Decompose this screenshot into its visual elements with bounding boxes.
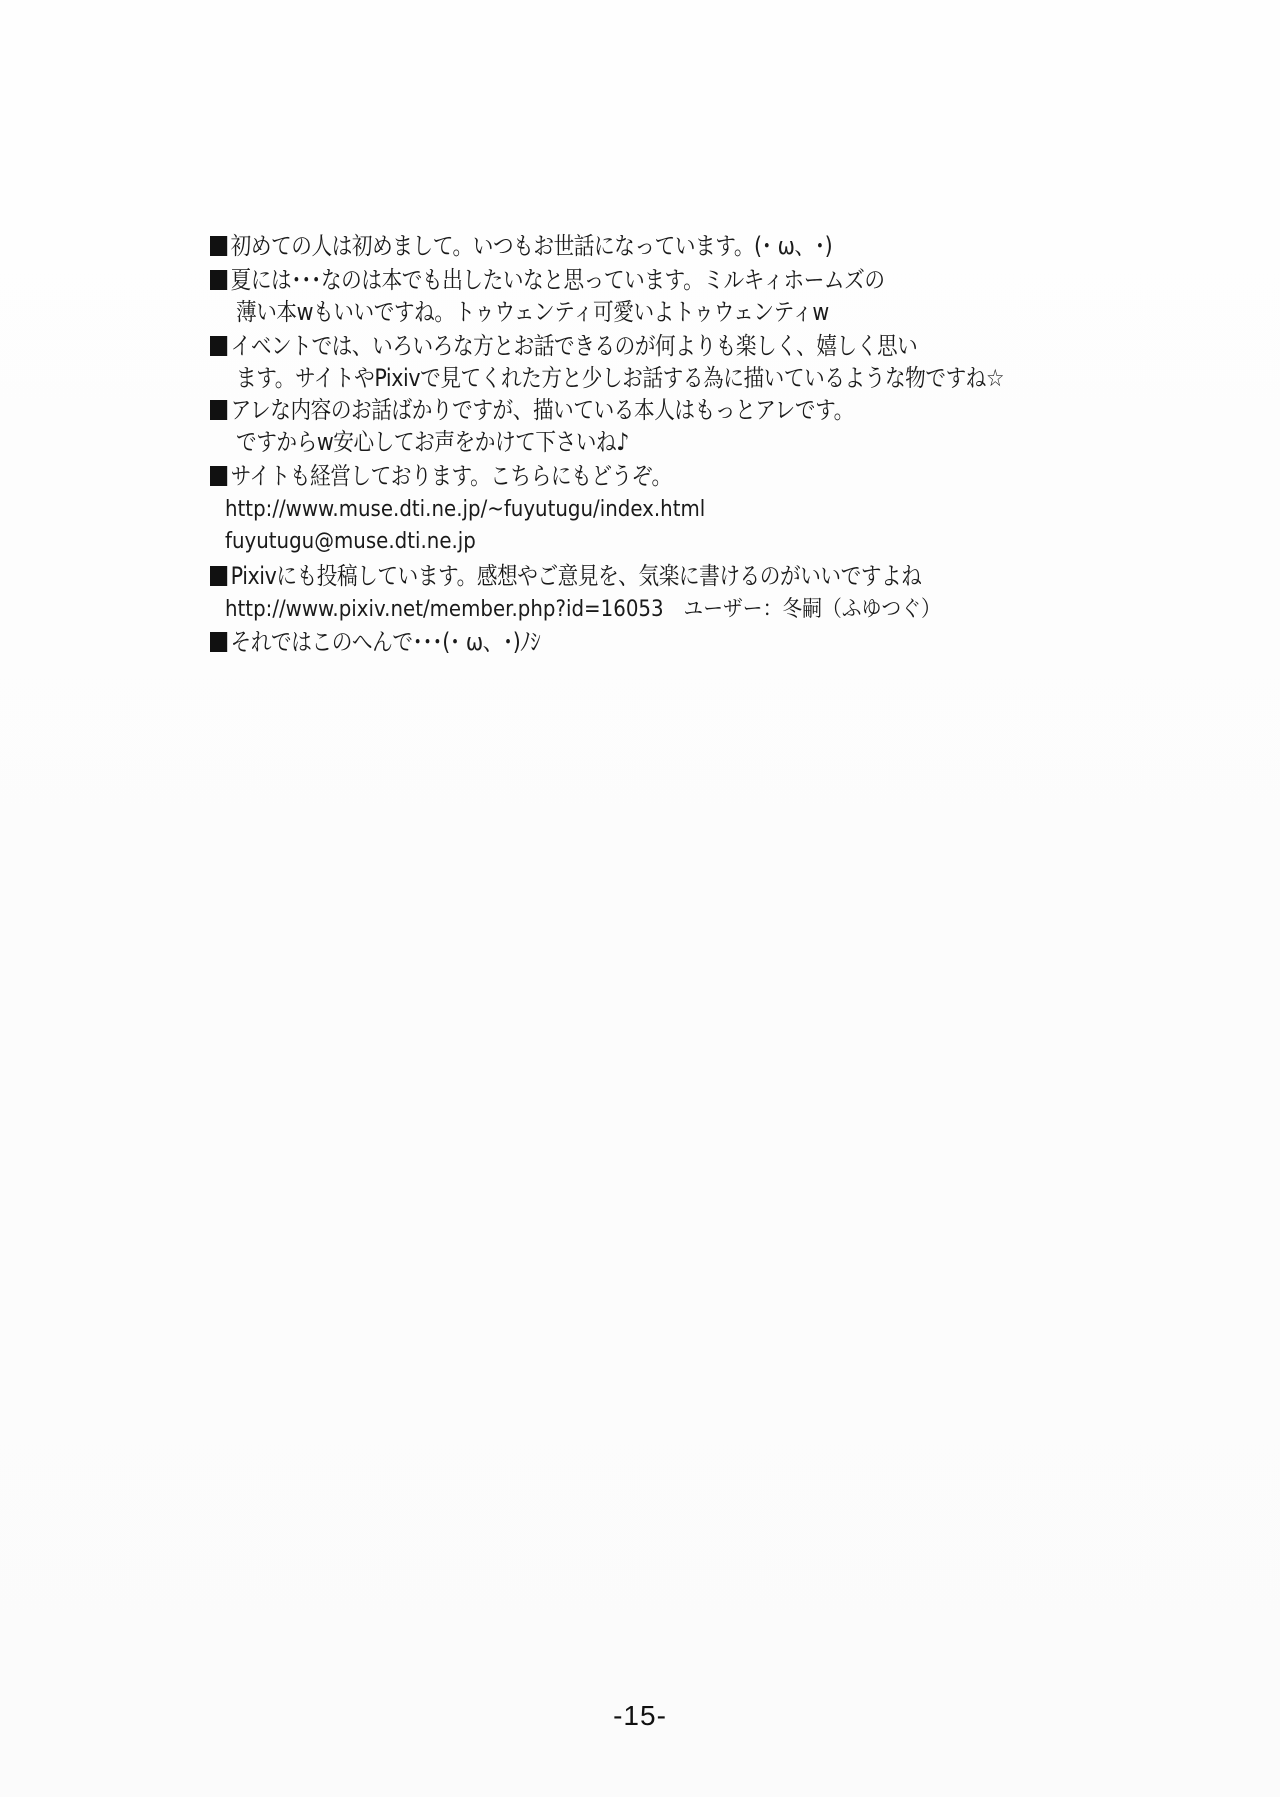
site-url: http://www.muse.dti.ne.jp/~fuyutugu/inde… xyxy=(225,494,705,526)
contact-email: fuyutugu@muse.dti.ne.jp xyxy=(225,526,476,558)
note-line-content: アレな内容のお話ばかりですが、描いている本人はもっとアレです。 xyxy=(210,394,854,426)
note-line-pixiv: Pixivにも投稿しています。感想やご意見を、気楽に書けるのがいいですよね xyxy=(210,560,921,592)
note-line-content-cont: ですからw安心してお声をかけて下さいね♪ xyxy=(236,426,629,458)
square-bullet-icon xyxy=(210,270,227,290)
note-text: アレな内容のお話ばかりですが、描いている本人はもっとアレです。 xyxy=(231,396,854,424)
pixiv-url: http://www.pixiv.net/member.php?id=16053… xyxy=(225,594,941,626)
square-bullet-icon xyxy=(210,236,227,256)
note-text: サイトも経営しております。こちらにもどうぞ。 xyxy=(231,462,672,490)
note-text: Pixivにも投稿しています。感想やご意見を、気楽に書けるのがいいですよね xyxy=(231,562,922,590)
note-line-site: サイトも経営しております。こちらにもどうぞ。 xyxy=(210,460,672,492)
note-text: それではこのへんで･･･(･ ω、･)ﾉｼ xyxy=(231,628,541,656)
note-text: 夏には･･･なのは本でも出したいなと思っています。ミルキィホームズの xyxy=(231,266,885,294)
note-text: ですからw安心してお声をかけて下さいね♪ xyxy=(236,428,629,456)
square-bullet-icon xyxy=(210,566,227,586)
note-text: 初めての人は初めまして。いつもお世話になっています。(･ ω、･) xyxy=(231,232,833,260)
email-text: fuyutugu@muse.dti.ne.jp xyxy=(225,529,476,554)
note-line-events: イベントでは、いろいろな方とお話できるのが何よりも楽しく、嬉しく思い xyxy=(210,330,917,362)
document-page: 初めての人は初めまして。いつもお世話になっています。(･ ω、･) 夏には･･･… xyxy=(0,0,1280,1797)
note-line-events-cont: ます。サイトやPixivで見てくれた方と少しお話する為に描いているような物ですね… xyxy=(236,362,1004,394)
square-bullet-icon xyxy=(210,632,227,652)
site-url-text: http://www.muse.dti.ne.jp/~fuyutugu/inde… xyxy=(225,497,705,522)
note-line-summer-plans-cont: 薄い本wもいいですね。トゥウェンティ可愛いよトゥウェンティw xyxy=(236,296,829,328)
pixiv-url-text: http://www.pixiv.net/member.php?id=16053… xyxy=(225,597,941,622)
note-line-summer-plans: 夏には･･･なのは本でも出したいなと思っています。ミルキィホームズの xyxy=(210,264,885,296)
square-bullet-icon xyxy=(210,466,227,486)
note-text: ます。サイトやPixivで見てくれた方と少しお話する為に描いているような物ですね… xyxy=(236,364,1004,392)
note-line-greeting: 初めての人は初めまして。いつもお世話になっています。(･ ω、･) xyxy=(210,230,832,262)
note-text: イベントでは、いろいろな方とお話できるのが何よりも楽しく、嬉しく思い xyxy=(231,332,918,360)
page-number: -15- xyxy=(0,1700,1280,1732)
square-bullet-icon xyxy=(210,336,227,356)
note-text: 薄い本wもいいですね。トゥウェンティ可愛いよトゥウェンティw xyxy=(236,298,829,326)
note-line-farewell: それではこのへんで･･･(･ ω、･)ﾉｼ xyxy=(210,626,540,658)
square-bullet-icon xyxy=(210,400,227,420)
